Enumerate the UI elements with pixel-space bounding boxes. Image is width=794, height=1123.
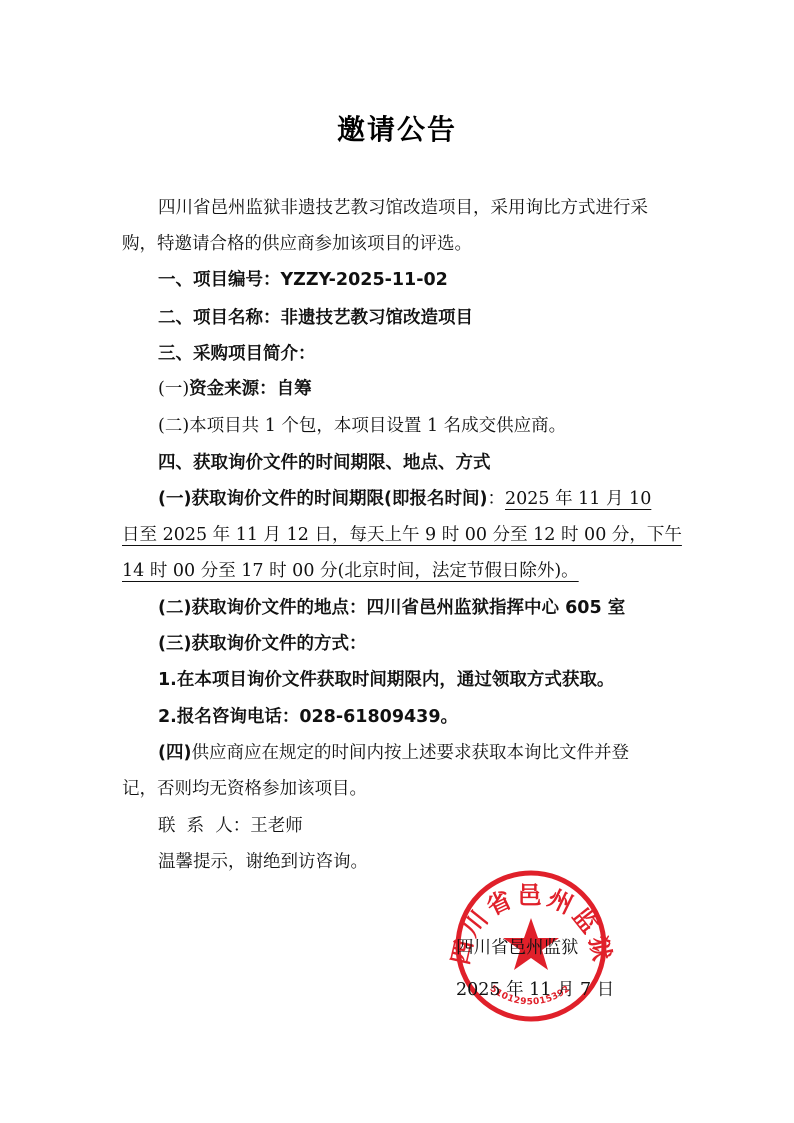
project-name: 二、项目名称：非遗技艺教习馆改造项目	[158, 310, 473, 328]
registration-period-value-3: 14 时 00 分至 17 时 00 分(北京时间，法定节假日除外)。	[122, 563, 579, 581]
inquiry-phone: 2.报名咨询电话：028-61809439。	[158, 709, 458, 727]
pickup-method-1: 1.在本项目询价文件获取时间期限内，通过领取方式获取。	[158, 672, 614, 690]
contact-person: 联 系 人：王老师	[158, 818, 303, 836]
intro-line-1: 四川省邑州监狱非遗技艺教习馆改造项目，采用询比方式进行采	[158, 200, 648, 218]
package-info: (二)本项目共 1 个包，本项目设置 1 名成交供应商。	[158, 418, 566, 436]
project-number-value: YZZY-2025-11-02	[281, 270, 448, 290]
project-number: 一、项目编号：YZZY-2025-11-02	[158, 272, 448, 290]
project-name-value: 非遗技艺教习馆改造项目	[281, 308, 474, 328]
item4-text: 供应商应在规定的时间内按上述要求获取本询比文件并登	[192, 743, 630, 763]
document-title: 邀请公告	[0, 108, 794, 148]
intro-line-2: 购，特邀请合格的供应商参加该项目的评选。	[122, 236, 472, 254]
signature-date: 2025 年 11 月 7 日	[456, 982, 614, 1000]
item4-prefix: (四)	[158, 743, 192, 763]
registration-requirement-2: 记，否则均无资格参加该项目。	[122, 781, 367, 799]
registration-period-value-2: 日至 2025 年 11 月 12 日，每天上午 9 时 00 分至 12 时 …	[122, 527, 682, 545]
funding-prefix: (一)	[158, 379, 189, 399]
project-name-label: 二、项目名称：	[158, 308, 281, 328]
notice: 温馨提示，谢绝到访咨询。	[158, 854, 368, 872]
section4-heading: 四、获取询价文件的时间期限、地点、方式	[158, 455, 491, 473]
funding-text: 资金来源：自筹	[189, 379, 312, 399]
section3-heading: 三、采购项目简介：	[158, 346, 316, 364]
colon: ：	[488, 489, 506, 509]
signature-organization: 四川省邑州监狱	[456, 940, 579, 958]
registration-period-label: (一)获取询价文件的时间期限(即报名时间)	[158, 489, 488, 509]
funding-source: (一)资金来源：自筹	[158, 381, 312, 399]
registration-period-value-1: 2025 年 11 月 10	[505, 489, 651, 509]
pickup-location: (二)获取询价文件的地点：四川省邑州监狱指挥中心 605 室	[158, 600, 625, 618]
registration-period: (一)获取询价文件的时间期限(即报名时间)：2025 年 11 月 10	[158, 491, 651, 509]
pickup-method-heading: (三)获取询价文件的方式：	[158, 636, 367, 654]
project-number-label: 一、项目编号：	[158, 270, 281, 290]
registration-requirement-1: (四)供应商应在规定的时间内按上述要求获取本询比文件并登	[158, 745, 629, 763]
